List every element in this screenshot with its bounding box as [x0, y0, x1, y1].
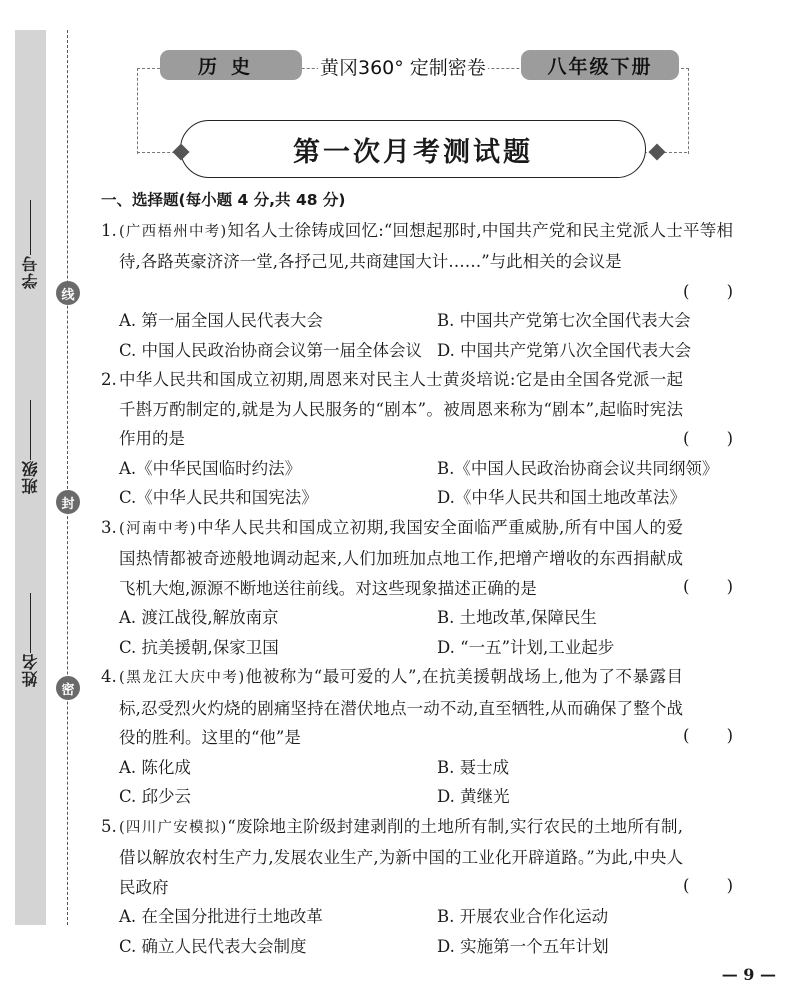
student-id-field[interactable]: 学号 [15, 200, 46, 289]
options-q2: A.《中华民国临时约法》 B.《中国人民政治协商会议共同纲领》 C.《中华人民共… [101, 454, 733, 513]
cut-marker-seal: 封 [56, 490, 80, 514]
option-a[interactable]: A. 第一届全国人民代表大会 [119, 306, 437, 336]
option-a[interactable]: A.《中华民国临时约法》 [119, 454, 437, 484]
option-c[interactable]: C. 确立人民代表大会制度 [119, 932, 437, 962]
grade-badge: 八年级下册 [521, 50, 679, 80]
option-d[interactable]: D. 中国共产党第八次全国代表大会 [437, 336, 733, 366]
class-label: 班级 [19, 460, 42, 494]
cut-marker-secret: 密 [56, 676, 80, 700]
question-source: (河南中考) [119, 521, 197, 537]
options-q5: A. 在全国分批进行土地改革 B. 开展农业合作化运动 C. 确立人民代表大会制… [101, 902, 733, 961]
question-3: 3. ()(河南中考)中华人民共和国成立初期,我国安全面临严重威胁,所有中国人的… [101, 513, 733, 604]
subject-badge: 历史 [160, 50, 302, 80]
name-underline [30, 593, 31, 653]
exam-title-box: 第一次月考测试题 [180, 120, 646, 178]
option-a[interactable]: A. 渡江战役,解放南京 [119, 603, 437, 633]
section-title: 一、选择题(每小题 4 分,共 48 分) [101, 186, 733, 216]
option-d[interactable]: D. 黄继光 [437, 782, 733, 812]
question-5: 5. ()(四川广安模拟)“废除地主阶级封建剥削的土地所有制,实行农民的土地所有… [101, 812, 733, 903]
options-q4: A. 陈化成 B. 聂士成 C. 邱少云 D. 黄继光 [101, 753, 733, 812]
student-id-underline [30, 200, 31, 255]
answer-blank[interactable]: () [683, 871, 733, 901]
class-underline [30, 400, 31, 460]
question-number: 2. [101, 365, 119, 454]
question-1: 1. (广西梧州中考)知名人士徐铸成回忆:“回想起那时,中国共产党和民主党派人士… [101, 216, 733, 277]
question-content: 一、选择题(每小题 4 分,共 48 分) 1. (广西梧州中考)知名人士徐铸成… [101, 186, 733, 961]
question-number: 4. [101, 662, 119, 753]
question-number: 1. [101, 216, 119, 277]
options-q3: A. 渡江战役,解放南京 B. 土地改革,保障民生 C. 抗美援朝,保家卫国 D… [101, 603, 733, 662]
option-c[interactable]: C. 邱少云 [119, 782, 437, 812]
option-b[interactable]: B. 聂士成 [437, 753, 733, 783]
option-c[interactable]: C. 抗美援朝,保家卫国 [119, 633, 437, 663]
option-c[interactable]: C. 中国人民政治协商会议第一届全体会议 [119, 336, 437, 366]
exam-title: 第一次月考测试题 [293, 130, 533, 169]
options-q1: A. 第一届全国人民代表大会 B. 中国共产党第七次全国代表大会 C. 中国人民… [101, 306, 733, 365]
question-stem: 中华人民共和国成立初期,周恩来对民主人士黄炎培说:它是由全国各党派一起千斟万酌制… [119, 370, 683, 448]
option-b[interactable]: B. 中国共产党第七次全国代表大会 [437, 306, 733, 336]
question-number: 5. [101, 812, 119, 903]
binding-sidebar: 学号 班级 姓名 [15, 30, 46, 925]
option-b[interactable]: B.《中国人民政治协商会议共同纲领》 [437, 454, 733, 484]
question-source: (黑龙江大庆中考) [119, 670, 245, 686]
name-field[interactable]: 姓名 [15, 593, 46, 687]
page-number: — 9 — [722, 965, 776, 984]
option-d[interactable]: D.《中华人民共和国土地改革法》 [437, 483, 733, 513]
answer-blank[interactable]: () [683, 424, 733, 454]
question-4: 4. ()(黑龙江大庆中考)他被称为“最可爱的人”,在抗美援朝战场上,他为了不暴… [101, 662, 733, 753]
option-c[interactable]: C.《中华人民共和国宪法》 [119, 483, 437, 513]
question-number: 3. [101, 513, 119, 604]
question-stem: 中华人民共和国成立初期,我国安全面临严重威胁,所有中国人的爱国热情都被奇迹般地调… [119, 518, 683, 598]
option-d[interactable]: D. 实施第一个五年计划 [437, 932, 733, 962]
option-b[interactable]: B. 开展农业合作化运动 [437, 902, 733, 932]
name-label: 姓名 [19, 653, 42, 687]
option-a[interactable]: A. 陈化成 [119, 753, 437, 783]
option-b[interactable]: B. 土地改革,保障民生 [437, 603, 733, 633]
answer-blank[interactable]: () [683, 277, 733, 307]
cut-marker-line: 线 [56, 281, 80, 305]
brand-label: 黄冈360° 定制密卷 [318, 53, 488, 80]
student-id-label: 学号 [19, 255, 42, 289]
cut-line [67, 30, 68, 925]
option-a[interactable]: A. 在全国分批进行土地改革 [119, 902, 437, 932]
question-source: (四川广安模拟) [119, 820, 227, 836]
answer-blank[interactable]: () [683, 572, 733, 602]
answer-blank[interactable]: () [683, 721, 733, 751]
class-field[interactable]: 班级 [15, 400, 46, 494]
question-2: 2. ()中华人民共和国成立初期,周恩来对民主人士黄炎培说:它是由全国各党派一起… [101, 365, 733, 454]
option-d[interactable]: D. “一五”计划,工业起步 [437, 633, 733, 663]
question-source: (广西梧州中考) [119, 224, 227, 240]
